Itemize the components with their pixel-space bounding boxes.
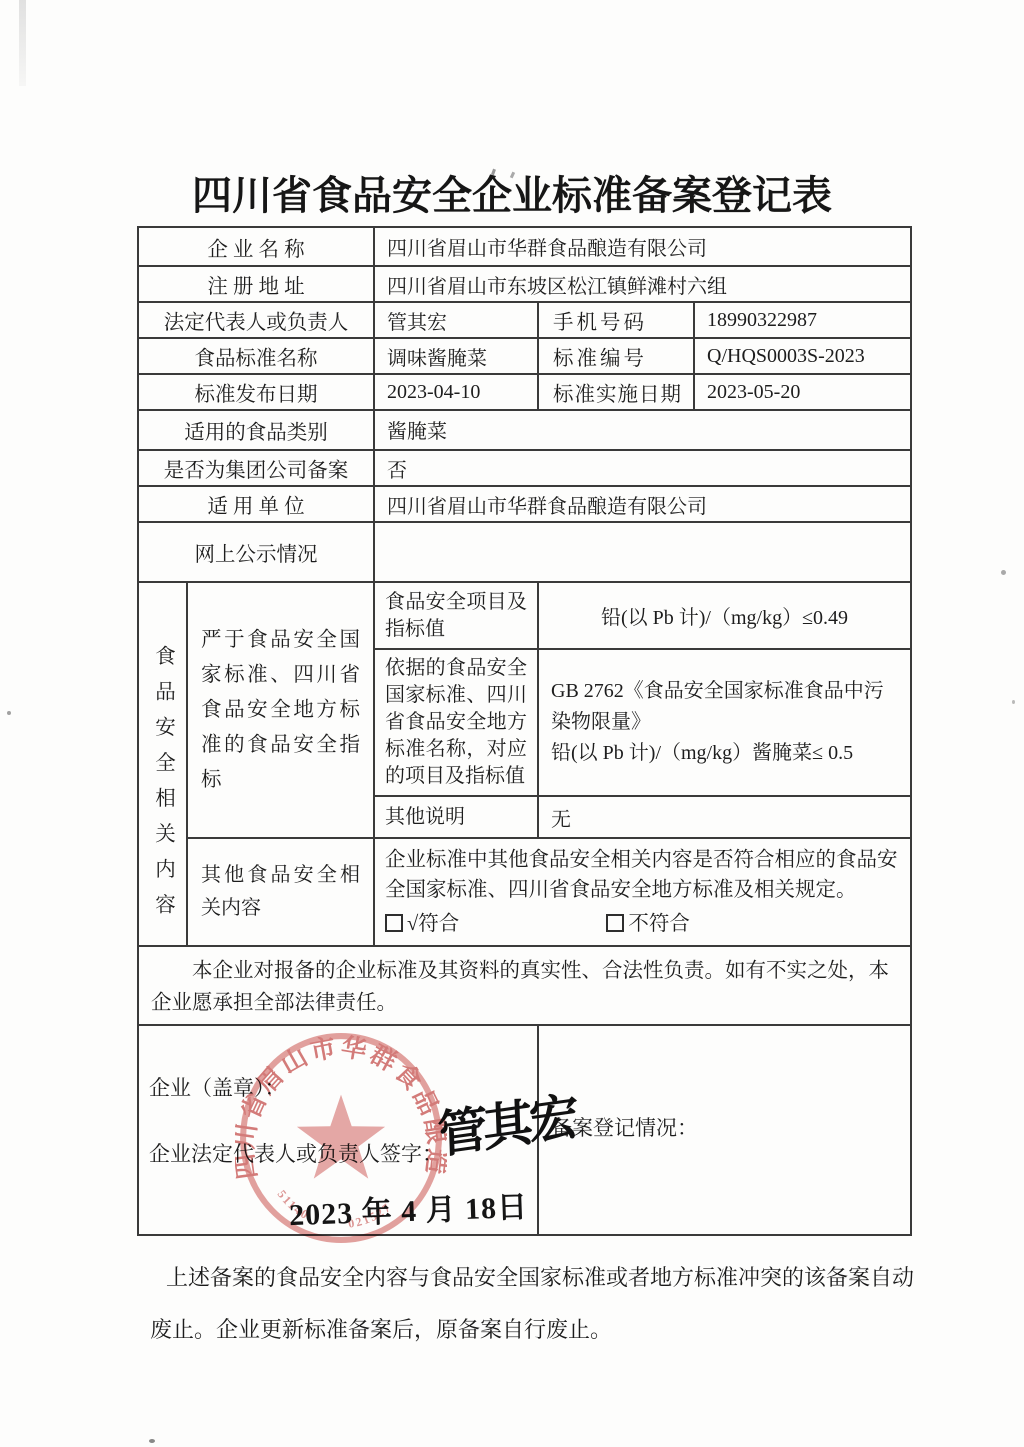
non-compliant-checkbox (606, 914, 624, 932)
row-standard-name: 食品标准名称 调味酱腌菜 标准编号 Q/HQS0003S-2023 (138, 338, 911, 374)
row-standard-dates: 标准发布日期 2023-04-10 标准实施日期 2023-05-20 (138, 374, 911, 410)
row-group-filing: 是否为集团公司备案 否 (138, 450, 911, 486)
scan-streak (19, 0, 26, 86)
registration-status-label: 备案登记情况： (538, 1025, 911, 1235)
safety-basis-standard: GB 2762《食品安全国家标准食品中污染物限量》 (551, 676, 898, 738)
row-other-safety-content: 其他食品安全相关内容 企业标准中其他食品安全相关内容是否符合相应的食品安全国家标… (138, 838, 911, 946)
publish-date-label: 标准发布日期 (138, 374, 374, 410)
declaration-text: 本企业对报备的企业标准及其资料的真实性、合法性负责。如有不实之处，本企业愿承担全… (138, 946, 911, 1025)
safety-item-label: 食品安全项目及指标值 (374, 582, 538, 649)
row-online-publicity: 网上公示情况 (138, 522, 911, 582)
applicable-unit-label: 适 用 单 位 (138, 486, 374, 522)
group-filing-label: 是否为集团公司备案 (138, 450, 374, 486)
row-safety-item: 食品安全相关内容 严于食品安全国家标准、四川省食品安全地方标准的食品安全指标 食… (138, 582, 911, 649)
scan-speck (1001, 570, 1006, 575)
food-category-value: 酱腌菜 (374, 410, 911, 450)
footnote-text: 上述备案的食品安全内容与食品安全国家标准或者地方标准冲突的该备案自动废止。企业更… (150, 1252, 918, 1356)
row-legal-representative: 法定代表人或负责人 管其宏 手机号码 18990322987 (138, 302, 911, 338)
row-company-name: 企 业 名 称 四川省眉山市华群食品酿造有限公司 (138, 227, 911, 266)
compliant-checkbox (385, 914, 403, 932)
implement-date-value: 2023-05-20 (694, 374, 911, 410)
safety-section-side-label: 食品安全相关内容 (148, 599, 178, 929)
other-safety-content-cell: 企业标准中其他食品安全相关内容是否符合相应的食品安全国家标准、四川省食品安全地方… (374, 838, 911, 946)
food-category-label: 适用的食品类别 (138, 410, 374, 450)
safety-section-side-label-cell: 食品安全相关内容 (138, 582, 187, 946)
company-name-value: 四川省眉山市华群食品酿造有限公司 (374, 227, 911, 266)
scan-speck (7, 711, 11, 715)
standard-number-label: 标准编号 (538, 338, 694, 374)
implement-date-label: 标准实施日期 (538, 374, 694, 410)
group-filing-value: 否 (374, 450, 911, 486)
stricter-indicator-label: 严于食品安全国家标准、四川省食品安全地方标准的食品安全指标 (187, 582, 374, 838)
scan-speck (149, 1439, 155, 1443)
mobile-label: 手机号码 (538, 302, 694, 338)
standard-name-value: 调味酱腌菜 (374, 338, 538, 374)
standard-number-value: Q/HQS0003S-2023 (694, 338, 911, 374)
other-safety-content-text: 企业标准中其他食品安全相关内容是否符合相应的食品安全国家标准、四川省食品安全地方… (385, 849, 898, 901)
safety-basis-label: 依据的食品安全国家标准、四川省食品安全地方标准名称，对应的项目及指标值 (374, 649, 538, 796)
online-publicity-label: 网上公示情况 (138, 522, 374, 582)
online-publicity-value (374, 522, 911, 582)
page-title: 四川省食品安全企业标准备案登记表 (0, 172, 1024, 220)
legal-rep-signature-label: 企业法定代表人或负责人签字： (149, 1138, 443, 1168)
non-compliant-option-label: 不符合 (628, 913, 690, 935)
safety-item-value: 铅(以 Pb 计)/（mg/kg）≤0.49 (538, 582, 911, 649)
compliant-option-label: 符合 (418, 913, 459, 935)
row-declaration: 本企业对报备的企业标准及其资料的真实性、合法性负责。如有不实之处，本企业愿承担全… (138, 946, 911, 1025)
legal-representative-value: 管其宏 (374, 302, 538, 338)
applicable-unit-value: 四川省眉山市华群食品酿造有限公司 (374, 486, 911, 522)
other-note-value: 无 (538, 796, 911, 838)
row-applicable-unit: 适 用 单 位 四川省眉山市华群食品酿造有限公司 (138, 486, 911, 522)
scan-speck (1012, 700, 1015, 704)
compliant-check-mark: √ (407, 913, 418, 935)
handwritten-date: 2023 年 4 月 18日 (288, 1182, 528, 1234)
seal-signature-cell: 企业（盖章）： 企业法定代表人或负责人签字： 管其宏 2023 年 4 月 18… (138, 1025, 538, 1235)
safety-basis-limit: 铅(以 Pb 计)/（mg/kg）酱腌菜≤ 0.5 (551, 738, 898, 769)
registration-form-table: 企 业 名 称 四川省眉山市华群食品酿造有限公司 注 册 地 址 四川省眉山市东… (137, 226, 912, 1236)
row-signature-seal: 企业（盖章）： 企业法定代表人或负责人签字： 管其宏 2023 年 4 月 18… (138, 1025, 911, 1235)
row-food-category: 适用的食品类别 酱腌菜 (138, 410, 911, 450)
seal-signature-area: 企业（盖章）： 企业法定代表人或负责人签字： 管其宏 2023 年 4 月 18… (139, 1026, 537, 1234)
company-name-label: 企 业 名 称 (138, 227, 374, 266)
publish-date-value: 2023-04-10 (374, 374, 538, 410)
registered-address-value: 四川省眉山市东坡区松江镇鲜滩村六组 (374, 266, 911, 302)
standard-name-label: 食品标准名称 (138, 338, 374, 374)
mobile-value: 18990322987 (694, 302, 911, 338)
company-seal-label: 企业（盖章）： (149, 1072, 286, 1102)
registered-address-label: 注 册 地 址 (138, 266, 374, 302)
legal-representative-label: 法定代表人或负责人 (138, 302, 374, 338)
safety-basis-value: GB 2762《食品安全国家标准食品中污染物限量》 铅(以 Pb 计)/（mg/… (538, 649, 911, 796)
other-safety-content-label: 其他食品安全相关内容 (187, 838, 374, 946)
compliance-check-line: √符合 不符合 (385, 909, 900, 939)
row-registered-address: 注 册 地 址 四川省眉山市东坡区松江镇鲜滩村六组 (138, 266, 911, 302)
other-note-label: 其他说明 (374, 796, 538, 838)
